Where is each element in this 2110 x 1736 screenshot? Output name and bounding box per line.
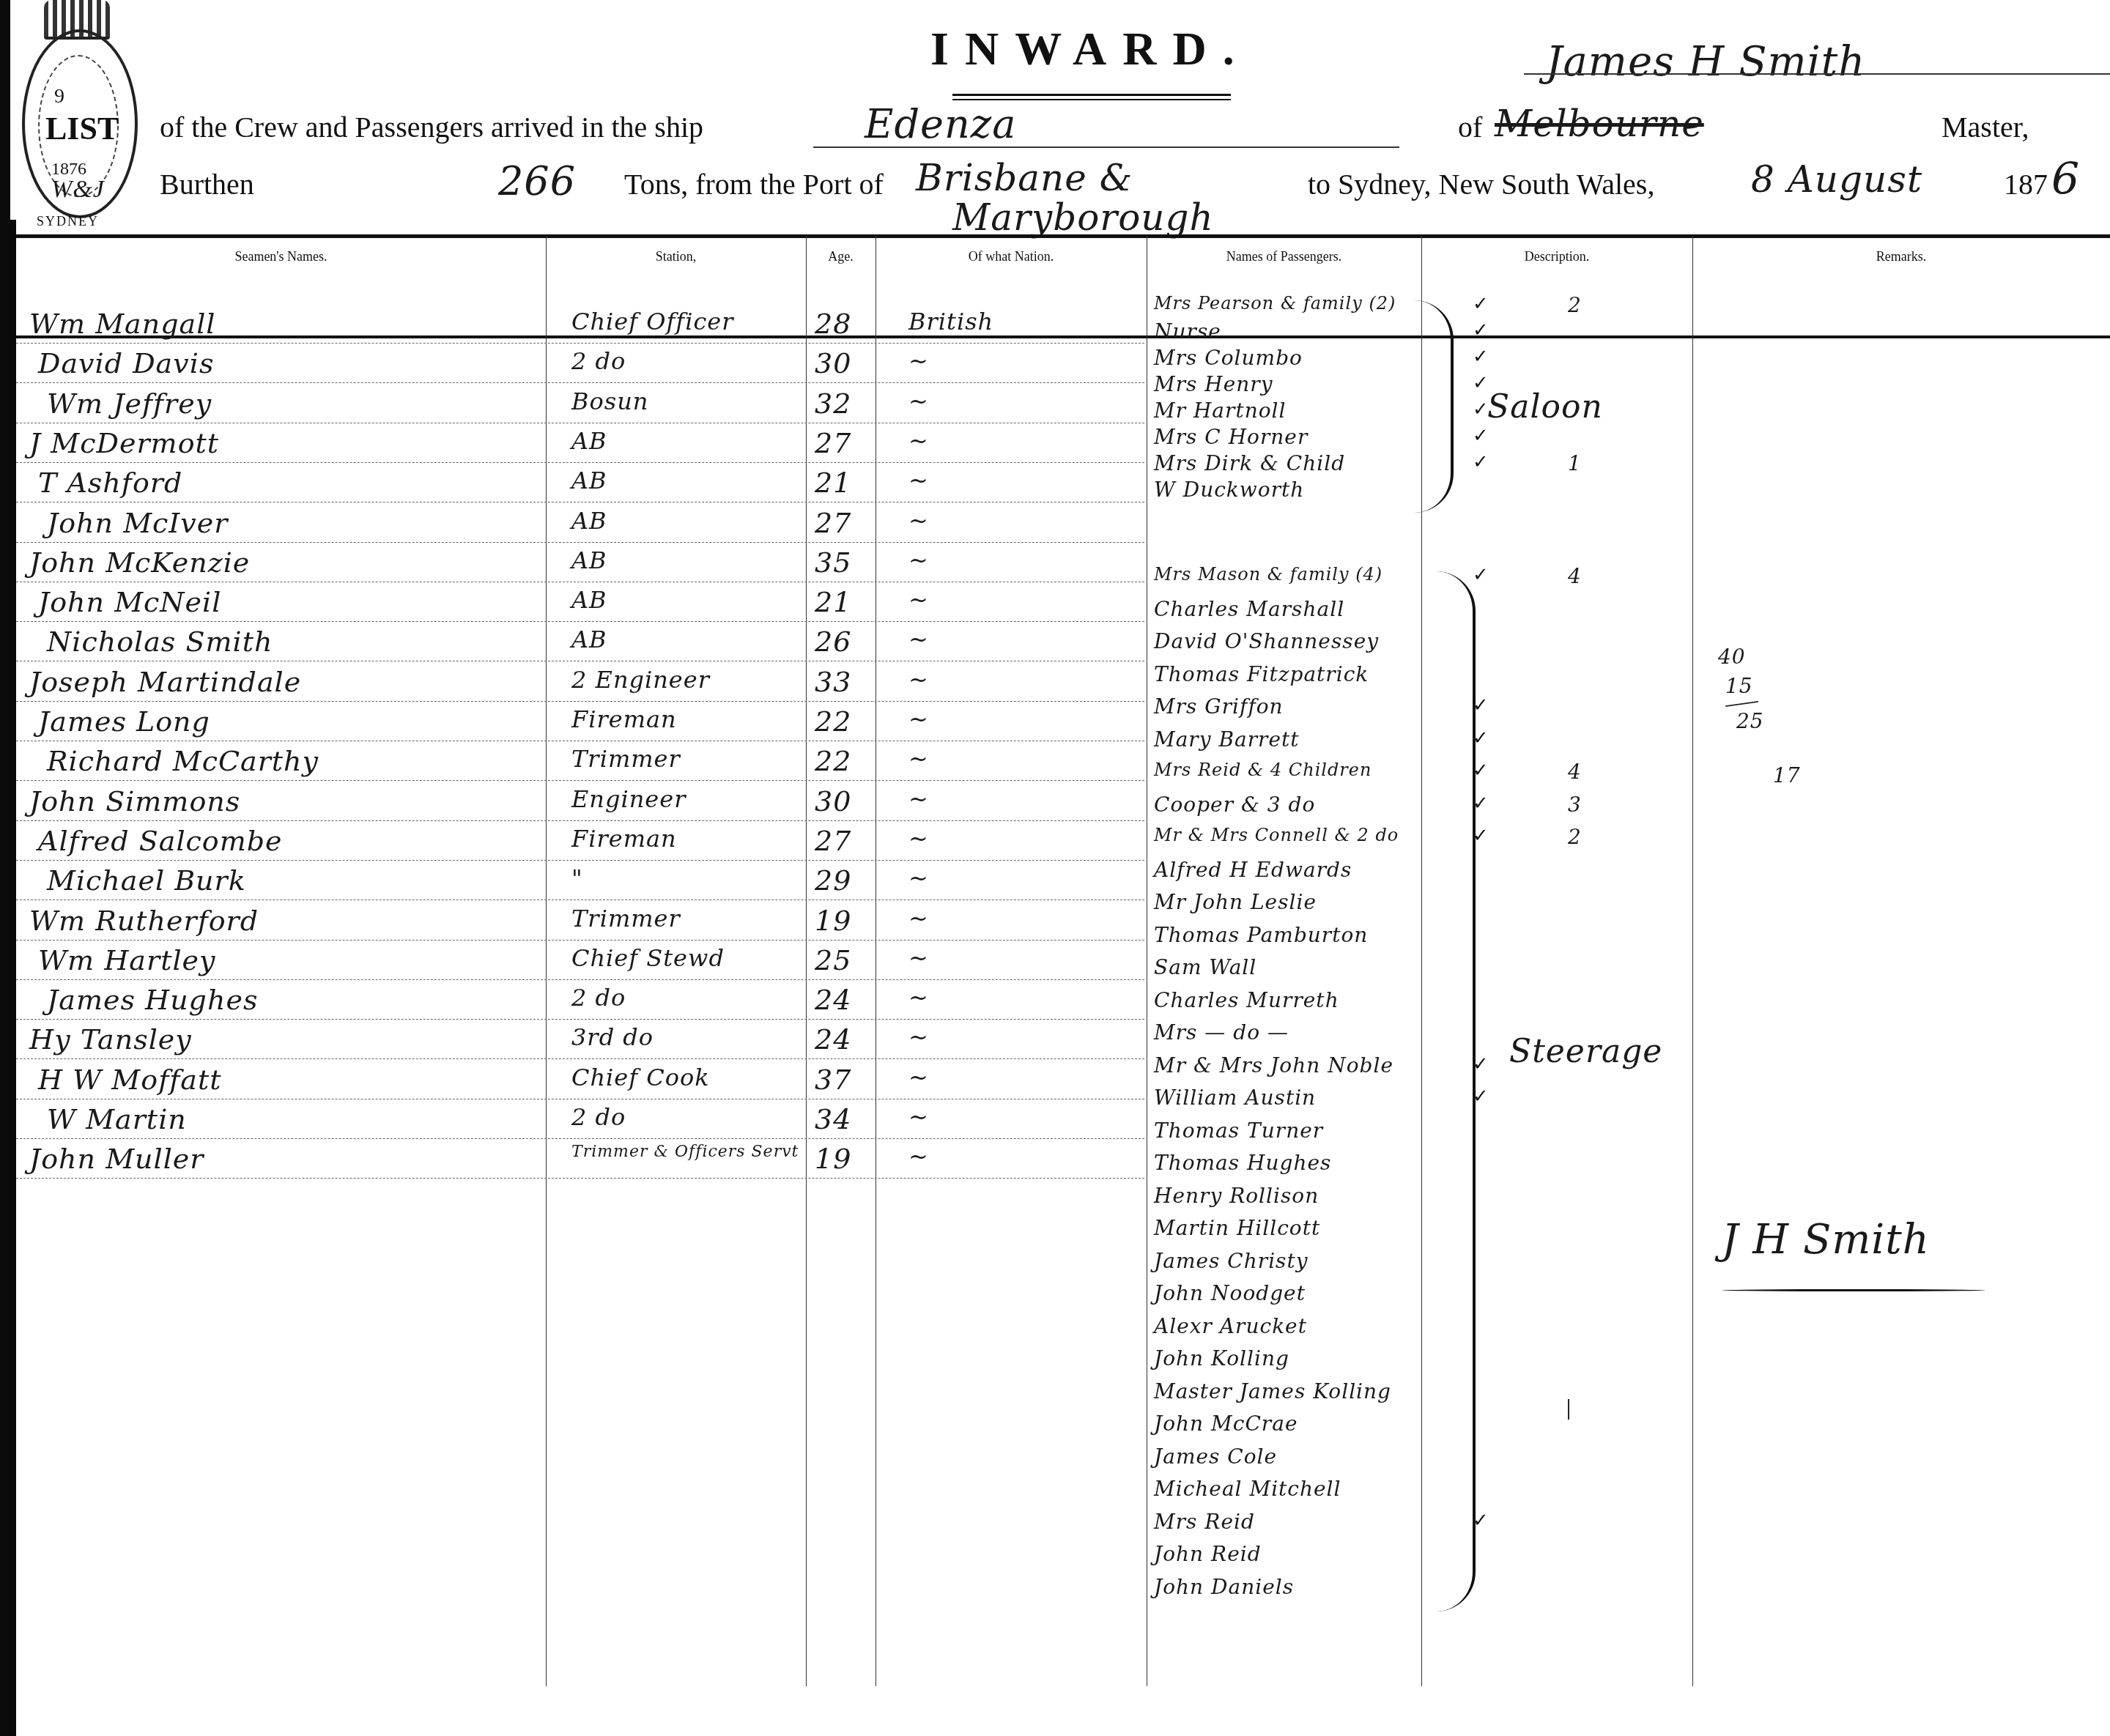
crew-row-rule	[16, 860, 1144, 861]
crew-station: AB	[571, 626, 607, 653]
stamp-day: 9	[54, 85, 64, 108]
passenger-name: Alexr Arucket	[1154, 1314, 1307, 1338]
crew-name: John McNeil	[38, 586, 221, 618]
crew-row-rule	[16, 1099, 1144, 1099]
crew-name: Hy Tansley	[29, 1023, 192, 1056]
crew-station: Fireman	[571, 705, 677, 733]
crew-age: 22	[815, 745, 851, 777]
passenger-count: 1	[1568, 451, 1582, 475]
crew-nation: ~	[908, 705, 929, 733]
crew-nation: ~	[908, 1103, 929, 1131]
crew-row-rule	[16, 621, 1144, 622]
form-text-to-sydney: to Sydney, New South Wales,	[1308, 167, 1654, 201]
passenger-name: Mrs C Horner	[1154, 425, 1308, 449]
passenger-name: David O'Shannessey	[1154, 629, 1379, 653]
crew-station: AB	[571, 586, 607, 614]
arrival-date: 8 August	[1751, 158, 1922, 201]
checkmark-icon: ✓	[1473, 398, 1489, 420]
crew-age: 21	[815, 586, 851, 618]
passenger-name: Mrs Reid & 4 Children	[1154, 760, 1372, 780]
crew-row-rule	[16, 979, 1144, 980]
passenger-name: John Reid	[1154, 1542, 1262, 1566]
passenger-name: Mr & Mrs John Noble	[1154, 1053, 1393, 1077]
remark-tally-2: 15	[1725, 674, 1753, 698]
crew-name: James Long	[38, 705, 210, 738]
passenger-name: Alfred H Edwards	[1154, 858, 1352, 882]
crew-station: 2 do	[571, 984, 626, 1012]
crew-nation: ~	[908, 427, 929, 455]
port-from-line1: Brisbane &	[916, 157, 1133, 199]
port-from-line2: Maryborough	[952, 196, 1214, 239]
crew-nation: ~	[908, 467, 929, 494]
crew-age: 25	[815, 944, 851, 976]
passenger-name: John Noodget	[1154, 1281, 1306, 1305]
crew-name: Michael Burk	[47, 864, 246, 897]
crew-nation: ~	[908, 944, 929, 972]
crew-age: 19	[815, 1143, 851, 1175]
crew-age: 24	[815, 1023, 851, 1056]
crew-row-rule	[16, 701, 1144, 702]
header-age: Age.	[806, 249, 876, 264]
crew-station: Trimmer	[571, 905, 681, 932]
passenger-name: Thomas Pamburton	[1154, 923, 1368, 947]
crew-row-rule	[16, 343, 1144, 344]
crew-age: 34	[815, 1103, 851, 1135]
passenger-name: William Austin	[1154, 1086, 1316, 1110]
form-text-crew-passengers: of the Crew and Passengers arrived in th…	[160, 110, 703, 144]
scan-edge-left	[0, 220, 16, 1736]
ship-name: Edenza	[865, 101, 1016, 147]
stray-pen-mark	[1568, 1399, 1569, 1420]
passenger-name: Mrs Reid	[1154, 1510, 1255, 1534]
crew-row-rule	[16, 423, 1144, 423]
crew-row-rule	[16, 940, 1144, 941]
passenger-name: Cooper & 3 do	[1154, 793, 1315, 817]
header-nation: Of what Nation.	[876, 249, 1147, 264]
crew-row-rule	[16, 1178, 1144, 1179]
passenger-name: Charles Marshall	[1154, 597, 1344, 621]
title-underline	[952, 94, 1231, 100]
crew-station: Bosun	[571, 387, 648, 415]
crew-station: "	[571, 864, 583, 892]
passenger-count: 4	[1568, 760, 1582, 784]
crew-station: AB	[571, 546, 607, 574]
crew-station: Engineer	[571, 785, 686, 813]
crew-row-rule	[16, 1138, 1144, 1139]
passenger-name: Mrs Dirk & Child	[1154, 451, 1345, 475]
crew-station: AB	[571, 467, 607, 494]
steerage-brace	[1436, 571, 1476, 1611]
port-of-registry: Melbourne	[1495, 103, 1704, 145]
crew-name: Wm Hartley	[38, 944, 216, 976]
passenger-name: Thomas Hughes	[1154, 1151, 1331, 1175]
crew-nation: ~	[908, 984, 929, 1012]
crew-name: Alfred Salcombe	[38, 825, 283, 857]
table-header-bottom-rule	[16, 335, 2110, 338]
passenger-name: Mrs Henry	[1154, 372, 1273, 396]
crew-nation: ~	[908, 1023, 929, 1051]
form-text-tons-from-port: Tons, from the Port of	[624, 167, 884, 201]
crew-age: 30	[815, 347, 851, 379]
official-signature: J H Smith	[1722, 1216, 1930, 1264]
crew-age: 32	[815, 387, 851, 420]
crew-age: 27	[815, 507, 851, 539]
crew-nation: ~	[908, 905, 929, 932]
crew-row-rule	[16, 820, 1144, 821]
column-divider	[876, 236, 876, 1686]
crew-station: Trimmer & Officers Servt	[571, 1143, 799, 1161]
passenger-name: Thomas Fitzpatrick	[1154, 662, 1369, 686]
remark-tally-rule	[1725, 701, 1758, 707]
passenger-count: 2	[1568, 825, 1582, 849]
crew-name: H W Moffatt	[38, 1064, 221, 1096]
crew-row-rule	[16, 741, 1144, 741]
passenger-name: Charles Murreth	[1154, 988, 1339, 1012]
header-seamen-names: Seamen's Names.	[16, 249, 546, 264]
checkmark-icon: ✓	[1473, 372, 1489, 394]
passenger-name: Micheal Mitchell	[1154, 1477, 1341, 1501]
stamp-initials: W&J	[51, 176, 105, 204]
passenger-name: Mary Barrett	[1154, 727, 1300, 752]
remark-tally-1: 40	[1718, 645, 1746, 669]
crew-station: 2 do	[571, 347, 626, 375]
header-remarks: Remarks.	[1692, 249, 2110, 264]
passenger-name: Mrs — do —	[1154, 1020, 1289, 1045]
crew-age: 27	[815, 825, 851, 857]
crew-row-rule	[16, 899, 1144, 900]
checkmark-icon: ✓	[1473, 451, 1489, 473]
header-passenger-names: Names of Passengers.	[1147, 249, 1421, 264]
table-top-rule	[16, 234, 2110, 238]
passenger-name: John McCrae	[1154, 1412, 1298, 1436]
crew-nation: ~	[908, 666, 929, 694]
crew-age: 29	[815, 864, 851, 897]
signature-flourish	[1722, 1289, 1985, 1291]
list-label: LIST	[45, 110, 119, 147]
crew-name: David Davis	[38, 347, 214, 379]
passenger-count: 4	[1568, 564, 1582, 588]
passenger-name: James Cole	[1154, 1444, 1277, 1469]
crew-nation: ~	[908, 1143, 929, 1171]
page-title: INWARD.	[930, 22, 1251, 76]
passenger-name: Henry Rollison	[1154, 1184, 1319, 1208]
passenger-name: Mrs Pearson & family (2)	[1154, 293, 1396, 314]
master-name-rule	[1524, 73, 2110, 75]
crew-age: 24	[815, 984, 851, 1016]
crew-row-rule	[16, 1019, 1144, 1020]
crew-row-rule	[16, 502, 1144, 502]
crew-station: Chief Officer	[571, 308, 734, 335]
passenger-name: Mr Hartnoll	[1154, 398, 1287, 423]
scan-edge-top	[0, 0, 10, 220]
crew-age: 30	[815, 785, 851, 817]
crew-row-rule	[16, 1058, 1144, 1059]
crew-age: 35	[815, 546, 851, 579]
crew-row-rule	[16, 462, 1144, 463]
crew-age: 28	[815, 308, 851, 340]
passenger-name: Mr John Leslie	[1154, 890, 1317, 914]
crew-name: J McDermott	[29, 427, 219, 459]
crew-name: W Martin	[47, 1103, 187, 1135]
ship-name-rule	[813, 146, 1399, 148]
master-name: James H Smith	[1546, 38, 1865, 86]
crew-name: Wm Mangall	[29, 308, 216, 340]
header-description: Description.	[1421, 249, 1692, 264]
crew-nation: ~	[908, 825, 929, 853]
class-label-saloon: Saloon	[1487, 388, 1603, 426]
crew-nation: ~	[908, 626, 929, 653]
checkmark-icon: ✓	[1473, 425, 1489, 447]
saloon-brace	[1414, 300, 1454, 513]
crew-name: T Ashford	[38, 467, 182, 499]
form-text-of: of	[1458, 110, 1482, 144]
crew-age: 37	[815, 1064, 851, 1096]
crew-nation: ~	[908, 864, 929, 892]
passenger-count: 2	[1568, 293, 1582, 317]
crew-nation: ~	[908, 785, 929, 813]
checkmark-icon: ✓	[1473, 293, 1489, 315]
passenger-name: John Daniels	[1154, 1575, 1294, 1599]
remark-tally-4: 17	[1773, 763, 1801, 787]
crew-row-rule	[16, 382, 1144, 383]
tonnage: 266	[498, 158, 576, 204]
crew-name: Wm Rutherford	[29, 905, 259, 937]
column-divider	[1692, 236, 1693, 1686]
crew-age: 21	[815, 467, 851, 499]
passenger-count: 3	[1568, 793, 1582, 817]
burthen-label: Burthen	[160, 167, 254, 201]
remark-tally-3: 25	[1736, 709, 1764, 733]
passenger-name: Martin Hillcott	[1154, 1216, 1320, 1240]
passenger-name: Nurse	[1154, 319, 1221, 344]
crew-row-rule	[16, 582, 1144, 582]
crew-nation: ~	[908, 507, 929, 535]
crew-nation: ~	[908, 745, 929, 773]
stamp-city: SYDNEY	[37, 214, 99, 229]
crew-name: James Hughes	[47, 984, 258, 1016]
passenger-name: Mrs Mason & family (4)	[1154, 564, 1382, 585]
passenger-name: Thomas Turner	[1154, 1119, 1323, 1143]
passenger-name: Mrs Griffon	[1154, 694, 1284, 719]
passenger-name: Mrs Columbo	[1154, 346, 1303, 370]
passenger-name: John Kolling	[1154, 1346, 1289, 1370]
crew-name: John McIver	[47, 507, 228, 539]
crew-station: AB	[571, 507, 607, 535]
crew-name: Wm Jeffrey	[47, 387, 212, 420]
crew-name: Richard McCarthy	[47, 745, 319, 777]
class-label-steerage: Steerage	[1509, 1033, 1662, 1070]
crew-age: 27	[815, 427, 851, 459]
crew-row-rule	[16, 542, 1144, 543]
crew-station: AB	[571, 427, 607, 455]
form-text-master: Master,	[1941, 110, 2029, 144]
passenger-name: James Christy	[1154, 1249, 1308, 1273]
passenger-name: Mr & Mrs Connell & 2 do	[1154, 825, 1399, 845]
year-handwritten: 6	[2051, 154, 2080, 205]
header-station: Station,	[546, 249, 806, 264]
crew-age: 33	[815, 666, 851, 698]
column-divider	[806, 236, 807, 1686]
column-divider	[1147, 236, 1147, 1686]
checkmark-icon: ✓	[1473, 564, 1489, 586]
passenger-name: Master James Kolling	[1154, 1379, 1391, 1403]
crew-station: 2 Engineer	[571, 666, 710, 694]
crew-nation: ~	[908, 347, 929, 375]
crew-nation: British	[908, 308, 993, 335]
crew-station: 3rd do	[571, 1023, 654, 1051]
crew-name: Joseph Martindale	[29, 666, 301, 698]
crew-station: Chief Cook	[571, 1064, 710, 1091]
crew-row-rule	[16, 780, 1144, 781]
checkmark-icon: ✓	[1473, 319, 1489, 341]
crew-nation: ~	[908, 1064, 929, 1091]
crew-nation: ~	[908, 586, 929, 614]
crew-age: 26	[815, 626, 851, 658]
crew-name: John McKenzie	[29, 546, 250, 579]
column-divider	[546, 236, 547, 1686]
crew-station: 2 do	[571, 1103, 626, 1131]
crew-nation: ~	[908, 387, 929, 415]
crew-age: 22	[815, 705, 851, 738]
crew-age: 19	[815, 905, 851, 937]
year-printed: 187	[2004, 167, 2048, 201]
passenger-name: Sam Wall	[1154, 955, 1256, 979]
crew-nation: ~	[908, 546, 929, 574]
crew-station: Fireman	[571, 825, 677, 853]
crew-row-rule	[16, 661, 1144, 661]
checkmark-icon: ✓	[1473, 346, 1489, 368]
crew-name: Nicholas Smith	[47, 626, 273, 658]
crew-station: Chief Stewd	[571, 944, 725, 972]
crew-name: John Muller	[29, 1143, 204, 1175]
crew-name: John Simmons	[29, 785, 240, 817]
crew-station: Trimmer	[571, 745, 681, 773]
passenger-name: W Duckworth	[1154, 478, 1304, 502]
